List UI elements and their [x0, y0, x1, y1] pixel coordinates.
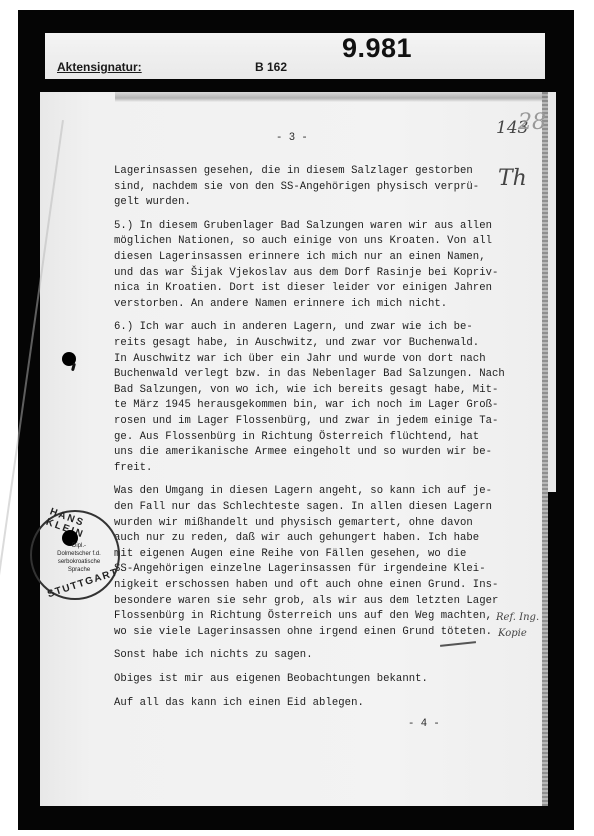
translator-stamp: HANS KLEIN Dipl.- Dolmetscher f.d. serbo…	[30, 510, 120, 600]
page-right-edge	[542, 92, 548, 806]
page-right-flap	[548, 92, 556, 492]
archive-signature-label: Aktensignatur:	[57, 60, 142, 74]
text-line: verstorben. An andere Namen erinnere ich…	[114, 297, 447, 313]
text-line: nigkeit erschossen haben und oft auch oh…	[114, 578, 498, 594]
archive-file-number: 9.981	[342, 33, 412, 64]
text-line: besondere waren sie sehr grob, als wir a…	[114, 594, 498, 610]
text-line: te März 1945 herausgekommen bin, war ich…	[114, 398, 498, 414]
handwritten-folio-overwritten: 28	[518, 110, 546, 135]
text-line: sind, nachdem sie von den SS-Angehörigen…	[114, 180, 479, 196]
text-line: Obiges ist mir aus eigenen Beobachtungen…	[114, 672, 428, 688]
text-line: nica in Kroatien. Dort ist dieser leider…	[114, 281, 492, 297]
footer-page-number: - 4 -	[408, 718, 440, 730]
handwritten-initials: Th	[498, 166, 527, 191]
stamp-description: Dipl.- Dolmetscher f.d. serbokroatische …	[52, 542, 106, 574]
header-page-number: - 3 -	[276, 132, 308, 144]
text-line: mit eigenen Augen eine Reihe von Fällen …	[114, 547, 466, 563]
text-line: gelt wurden.	[114, 195, 191, 211]
text-line: ge. Aus Flossenbürg in Richtung Österrei…	[114, 430, 479, 446]
text-line: rosen und im Lager Flossenbürg, und zwar…	[114, 414, 498, 430]
text-line: Was den Umgang in diesen Lagern angeht, …	[114, 484, 492, 500]
text-line: Bad Salzungen, von wo ich, wie ich berei…	[114, 383, 498, 399]
text-line: Sonst habe ich nichts zu sagen.	[114, 648, 313, 664]
text-line: SS-Angehörigen einzelne Lagerinsassen fü…	[114, 562, 486, 578]
text-line: wo sie viele Lagerinsassen ohne irgend e…	[114, 625, 492, 641]
text-line: freit.	[114, 461, 152, 477]
text-line: In Auschwitz war ich über ein Jahr und w…	[114, 352, 486, 368]
handwritten-margin-note-2: Kopie	[498, 628, 527, 639]
text-line: Buchenwald verlegt bzw. in das Nebenlage…	[114, 367, 505, 383]
text-line: und das war Šijak Vjekoslav aus dem Dorf…	[114, 266, 498, 282]
text-line: auch nur zu reden, daß wir auch gehunger…	[114, 531, 479, 547]
text-line: Auf all das kann ich einen Eid ablegen.	[114, 696, 364, 712]
handwritten-margin-note-1: Ref. Ing.	[496, 612, 539, 623]
text-line: uns die amerikanische Armee eingeholt un…	[114, 445, 492, 461]
archive-series: B 162	[255, 60, 287, 74]
text-line: Flossenbürg in Richtung Österreich uns a…	[114, 609, 492, 625]
text-line: wurden wir mißhandelt und physisch gemar…	[114, 516, 473, 532]
paper-top-edge	[115, 92, 547, 102]
text-line: Lagerinsassen gesehen, die in diesem Sal…	[114, 164, 473, 180]
text-line: reits gesagt habe, in Auschwitz, und zwa…	[114, 336, 479, 352]
text-line: 5.) In diesem Grubenlager Bad Salzungen …	[114, 219, 492, 235]
text-line: möglichen Nationen, so auch einige von u…	[114, 234, 492, 250]
text-line: 6.) Ich war auch in anderen Lagern, und …	[114, 320, 473, 336]
text-line: den Fall nur das Schlechteste sagen. In …	[114, 500, 492, 516]
text-line: diesen Lagerinsassen erinnere ich mich n…	[114, 250, 486, 266]
